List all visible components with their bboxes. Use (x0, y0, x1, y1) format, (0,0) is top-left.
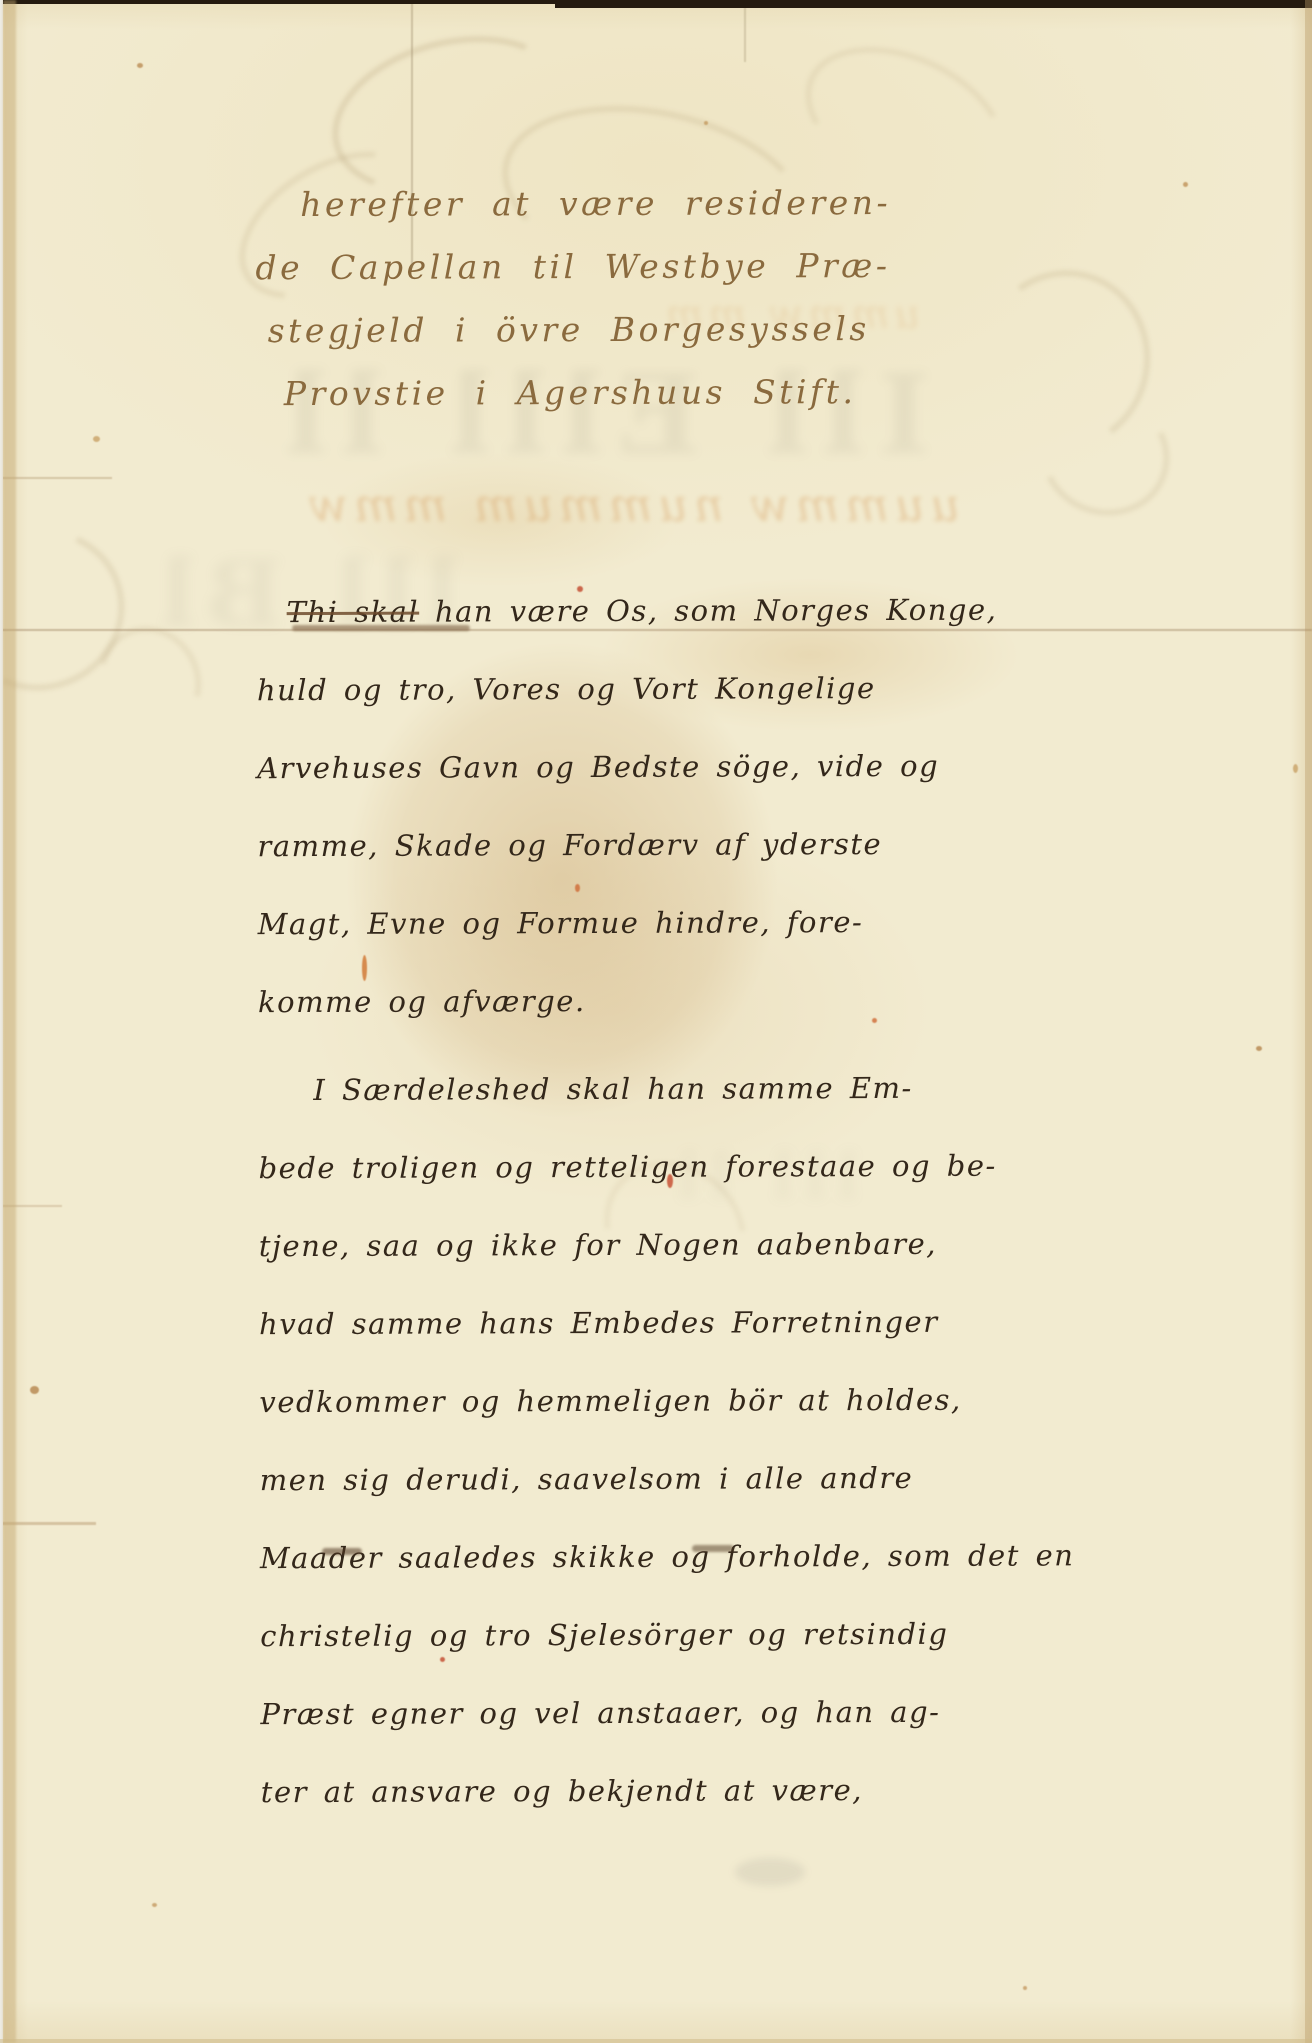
showthrough-flourish (0, 506, 147, 714)
foxing-speck (152, 1903, 157, 1907)
paper-edge-right (1305, 0, 1312, 2043)
handwritten-line: christelig og tro Sjelesörger og retsind… (260, 1595, 940, 1675)
foxing-speck (1023, 1986, 1027, 1990)
fold-crease-vertical (744, 0, 746, 62)
handwritten-line: Magt, Evne og Formue hindre, fore- (258, 883, 938, 963)
manuscript-page: Ill Elll ll lll Bl lll ll uummw nummum m… (0, 0, 1312, 2043)
handwritten-line: komme og afværge. (258, 961, 938, 1041)
paragraph: I Særdeleshed skal han samme Em-bede tro… (258, 1049, 941, 1831)
fold-crease-short (0, 477, 112, 479)
handwritten-line: ramme, Skade og Fordærv af yderste (257, 805, 937, 885)
handwritten-line: Præst egner og vel anstaaer, og han ag- (260, 1673, 940, 1753)
paragraph: herefter at være resideren-de Capellan t… (255, 171, 936, 425)
handwritten-line: herefter at være resideren- (255, 171, 935, 236)
foxing-speck (93, 436, 100, 442)
foxing-speck (1293, 764, 1298, 773)
handwritten-line: men sig derudi, saavelsom i alle andre (260, 1439, 940, 1519)
handwritten-line: Maader saaledes skikke og forholde, som … (260, 1517, 940, 1597)
foxing-speck (137, 63, 143, 68)
foxing-speck (30, 1386, 39, 1394)
handwritten-line: ter at ansvare og bekjendt at være, (261, 1751, 941, 1831)
handwritten-line: Provstie i Agershuus Stift. (256, 360, 936, 425)
text-column: herefter at være resideren-de Capellan t… (255, 171, 941, 1831)
handwritten-line: tjene, saa og ikke for Nogen aabenbare, (259, 1205, 939, 1285)
handwritten-line: Arvehuses Gavn og Bedste söge, vide og (257, 727, 937, 807)
showthrough-flourish (79, 607, 221, 752)
paragraph: Thi skal han være Os, som Norges Konge,h… (257, 571, 939, 1041)
handwritten-line: de Capellan til Westbye Præ- (255, 234, 935, 299)
handwritten-line: bede troligen og retteligen forestaae og… (258, 1127, 938, 1207)
faint-smudge (735, 1858, 805, 1886)
paper-edge-left (3, 0, 16, 2043)
showthrough-flourish (1023, 376, 1186, 533)
paper-edge-bottom (0, 2039, 1312, 2043)
handwritten-line: vedkommer og hemmeligen bör at holdes, (259, 1361, 939, 1441)
foxing-speck (1256, 1046, 1262, 1051)
handwritten-line: stegjeld i övre Borgesyssels (256, 297, 936, 362)
foxing-speck (1183, 182, 1188, 187)
foxing-speck (704, 121, 708, 125)
handwritten-line: huld og tro, Vores og Vort Kongelige (257, 649, 937, 729)
showthrough-flourish (966, 257, 1165, 464)
handwritten-line: Thi skal han være Os, som Norges Konge, (257, 571, 937, 651)
handwritten-line: hvad samme hans Embedes Forretninger (259, 1283, 939, 1363)
handwritten-line: I Særdeleshed skal han samme Em- (258, 1049, 938, 1129)
struck-text: Thi skal (287, 595, 420, 629)
scan-edge-top (555, 0, 1312, 8)
